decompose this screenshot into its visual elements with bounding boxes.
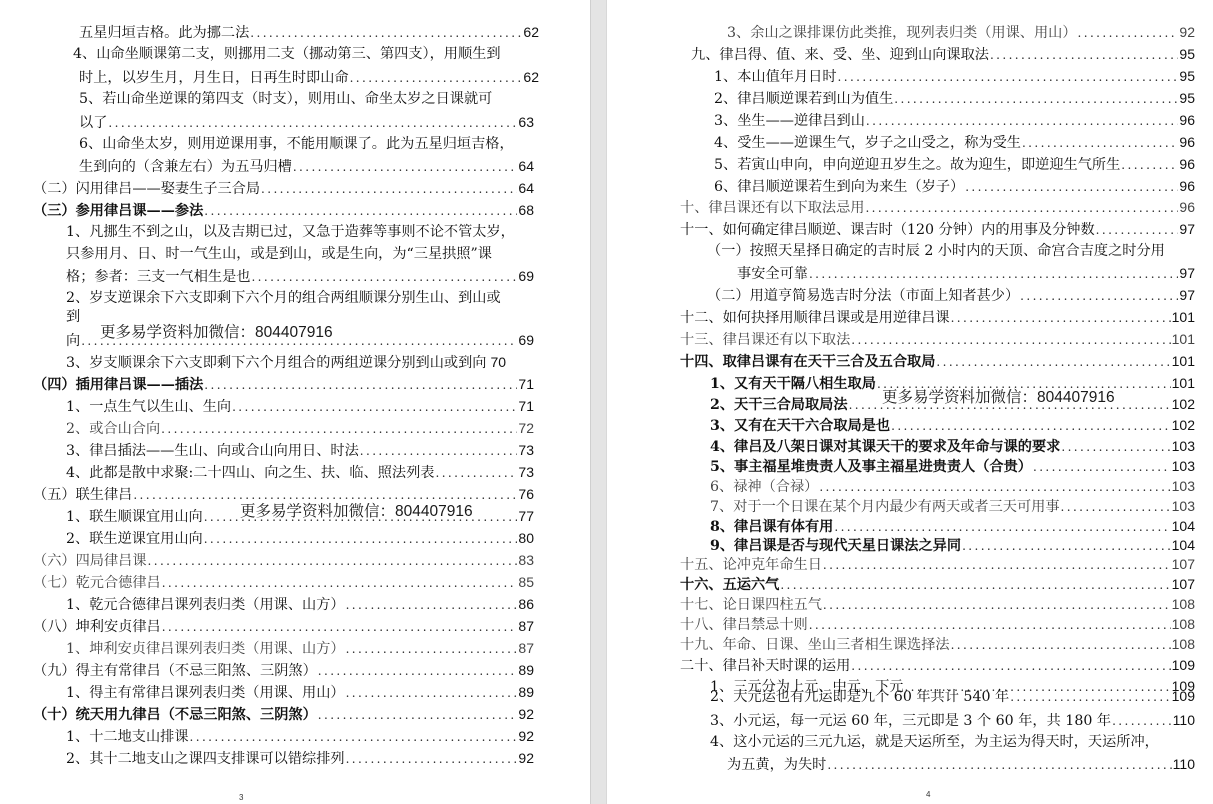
toc-entry-text: 事安全可靠 bbox=[737, 264, 808, 284]
toc-page-number: 68 bbox=[518, 200, 534, 220]
toc-entry-text: （四）插用律吕课——插法 bbox=[33, 375, 203, 395]
toc-entry-text: 十一、如何确定律吕顺逆、课吉时（120 分钟）内的用事及分钟数 bbox=[680, 220, 1095, 240]
toc-entry[interactable]: 1、一点生气以生山、生向71 bbox=[66, 396, 534, 416]
toc-entry-text: 格；参者：三支一气相生是也 bbox=[66, 267, 250, 287]
page-gutter bbox=[590, 0, 607, 804]
toc-entry[interactable]: （十）统天用九律吕（不忌三阳煞、三阴煞）92 bbox=[33, 704, 534, 724]
leader-dots bbox=[936, 352, 1170, 372]
leader-dots bbox=[951, 308, 1171, 328]
leader-dots bbox=[819, 477, 1170, 497]
toc-entry-text: 1、得主有常律吕课列表归类（用课、用山） bbox=[66, 683, 345, 703]
toc-page-number: 71 bbox=[518, 374, 534, 394]
toc-page-number: 101 bbox=[1172, 307, 1195, 327]
toc-page-number: 101 bbox=[1172, 373, 1195, 393]
toc-entry[interactable]: 5、若山命坐逆课的第四支（时支），则用山、命坐太岁之日课就可 bbox=[79, 89, 544, 109]
toc-entry[interactable]: 十八、律吕禁忌十则108 bbox=[680, 614, 1195, 634]
toc-page-number: 96 bbox=[1179, 154, 1195, 174]
toc-entry-text: 5、若寅山申向，申向逆迎丑岁生之。故为迎生，即逆迎生气所生 bbox=[714, 155, 1120, 175]
toc-entry[interactable]: 5、事主福星堆贵责人及事主福星进贵责人（合贵）103 bbox=[710, 456, 1195, 476]
toc-entry-text: 向 bbox=[66, 331, 80, 351]
toc-entry-text: 2、天干三合局取局法 bbox=[710, 395, 848, 415]
toc-entry[interactable]: 3、坐生——逆律吕到山96 bbox=[714, 110, 1195, 130]
leader-dots bbox=[232, 397, 517, 417]
toc-entry[interactable]: 1、得主有常律吕课列表归类（用课、用山）89 bbox=[66, 682, 534, 702]
toc-page-number: 96 bbox=[1179, 176, 1195, 196]
toc-entry[interactable]: 二十、律吕补天时课的运用109 bbox=[680, 655, 1195, 675]
leader-dots bbox=[827, 755, 1171, 775]
toc-page-number: 80 bbox=[518, 528, 534, 548]
toc-entry-text: 1、十二地支山排课 bbox=[66, 727, 189, 747]
toc-entry-text: 2、岁支逆课余下六支即剩下六个月的组合两组顺课分别生山、到山或 bbox=[66, 288, 501, 308]
toc-entry-text: （十）统天用九律吕（不忌三阳煞、三阴煞） bbox=[33, 705, 317, 725]
toc-page-number: 109 bbox=[1172, 655, 1195, 675]
leader-dots bbox=[251, 267, 517, 287]
toc-entry[interactable]: 2、联生逆课宜用山向80 bbox=[66, 528, 534, 548]
leader-dots bbox=[346, 683, 518, 703]
toc-entry-text: 1、凡挪生不到之山，以及吉期已过，又急于造葬等事则不论不管太岁， bbox=[66, 222, 515, 242]
toc-page-number: 108 bbox=[1172, 594, 1195, 614]
document-page-right: 3、余山之课排课仿此类推，现列表归类（用课、用山）92 九、律吕得、值、来、受、… bbox=[607, 0, 1213, 804]
leader-dots bbox=[780, 575, 1170, 595]
toc-entry-text: 3、小元运，每一元运 60 年，三元即是 3 个 60 年，共 180 年 bbox=[710, 711, 1111, 731]
leader-dots bbox=[866, 111, 1179, 131]
leader-dots bbox=[1020, 286, 1178, 306]
watermark-text: 更多易学资料加微信：804407916 bbox=[240, 499, 473, 521]
toc-page-number: 96 bbox=[1179, 110, 1195, 130]
toc-entry-text: 到 bbox=[66, 307, 80, 327]
leader-dots bbox=[360, 441, 518, 461]
leader-dots bbox=[190, 727, 518, 747]
toc-entry[interactable]: 4、此都是散中求聚:二十四山、向之生、扶、临、照法列表73 bbox=[66, 462, 534, 482]
toc-page-number: 110 bbox=[1173, 710, 1195, 730]
toc-page-number: 62 bbox=[523, 22, 539, 42]
toc-entry[interactable]: 只参用月、日、时一气生山，或是到山，或是生向，为“三星拱照”课 bbox=[66, 244, 546, 264]
toc-page-number: 70 bbox=[490, 352, 506, 372]
toc-entry[interactable]: （九）得主有常律吕（不忌三阳煞、三阴煞）89 bbox=[33, 660, 534, 680]
toc-entry[interactable]: 五星归垣吉格。此为挪二法62 bbox=[79, 22, 539, 42]
toc-entry[interactable]: 6、律吕顺逆课若生到向为来生（岁子）96 bbox=[714, 176, 1195, 196]
toc-entry[interactable]: 十、律吕课还有以下取法忌用96 bbox=[680, 197, 1195, 217]
toc-entry[interactable]: 3、小元运，每一元运 60 年，三元即是 3 个 60 年，共 180 年110 bbox=[710, 710, 1195, 730]
toc-page-number: 92 bbox=[518, 748, 534, 768]
toc-page-number: 64 bbox=[518, 156, 534, 176]
leader-dots bbox=[1061, 497, 1171, 517]
leader-dots bbox=[851, 330, 1170, 350]
leader-dots bbox=[1078, 23, 1179, 43]
toc-page-number: 77 bbox=[518, 506, 534, 526]
toc-entry-text: 十六、五运六气 bbox=[680, 575, 779, 595]
toc-entry-text: 2、大元运也有九运即是九个 60 年共计 540 年 bbox=[710, 687, 1009, 707]
leader-dots bbox=[148, 551, 518, 571]
watermark-text: 更多易学资料加微信：804407916 bbox=[100, 320, 333, 342]
toc-entry[interactable]: 6、禄神（合禄）103 bbox=[710, 476, 1195, 496]
leader-dots bbox=[162, 573, 518, 593]
toc-page-number: 109 bbox=[1172, 686, 1195, 706]
toc-entry[interactable]: 事安全可靠97 bbox=[737, 263, 1195, 283]
toc-entry-text: 十七、论日课四柱五气 bbox=[680, 595, 822, 615]
leader-dots bbox=[346, 749, 518, 769]
toc-page-number: 103 bbox=[1172, 496, 1195, 516]
leader-dots bbox=[261, 179, 517, 199]
leader-dots bbox=[1022, 133, 1178, 153]
toc-page-number: 85 bbox=[518, 572, 534, 592]
leader-dots bbox=[1010, 687, 1170, 707]
toc-page-number: 97 bbox=[1179, 263, 1195, 283]
toc-entry-text: 2、其十二地支山之课四支排课可以错综排列 bbox=[66, 749, 345, 769]
toc-page-number: 69 bbox=[518, 330, 534, 350]
leader-dots bbox=[1096, 220, 1179, 240]
toc-page-number: 72 bbox=[518, 418, 534, 438]
toc-entry-text: 6、律吕顺逆课若生到向为来生（岁子） bbox=[714, 177, 964, 197]
toc-page-number: 102 bbox=[1172, 415, 1195, 435]
leader-dots bbox=[962, 536, 1171, 556]
toc-entry-text: 1、坤利安贞律吕课列表归类（用课、山方） bbox=[66, 639, 345, 659]
leader-dots bbox=[250, 23, 522, 43]
leader-dots bbox=[1112, 711, 1172, 731]
toc-entry-text: 4、山命坐顺课第二支，则挪用二支（挪动第三、第四支），用顺生到 bbox=[73, 44, 501, 64]
toc-page-number: 73 bbox=[518, 440, 534, 460]
watermark-text: 更多易学资料加微信：804407916 bbox=[882, 385, 1115, 407]
page-number: 3 bbox=[239, 793, 243, 802]
toc-entry-text: 以了 bbox=[79, 113, 107, 133]
toc-entry-text: 3、余山之课排课仿此类推，现列表归类（用课、用山） bbox=[727, 23, 1077, 43]
toc-entry[interactable]: 1、十二地支山排课92 bbox=[66, 726, 534, 746]
toc-entry-text: 二十、律吕补天时课的运用 bbox=[680, 656, 850, 676]
toc-page-number: 97 bbox=[1179, 285, 1195, 305]
toc-entry-text: （五）联生律吕 bbox=[33, 485, 132, 505]
leader-dots bbox=[108, 113, 517, 133]
toc-entry[interactable]: 7、对于一个日课在某个月内最少有两天或者三天可用事103 bbox=[710, 496, 1195, 516]
leader-dots bbox=[293, 157, 518, 177]
toc-entry[interactable]: 4、受生——逆课生气，岁子之山受之，称为受生96 bbox=[714, 132, 1195, 152]
toc-page-number: 103 bbox=[1172, 436, 1195, 456]
leader-dots bbox=[823, 555, 1171, 575]
toc-entry[interactable]: （六）四局律吕课83 bbox=[33, 550, 534, 570]
toc-entry-text: 时上，以岁生月，月生日，日再生时即山命 bbox=[79, 68, 349, 88]
toc-entry[interactable]: 3、岁支顺课余下六支即剩下六个月组合的两组逆课分别到山或到向70 bbox=[66, 352, 546, 372]
toc-entry-text: 6、禄神（合禄） bbox=[710, 477, 818, 497]
leader-dots bbox=[809, 615, 1171, 635]
toc-entry-text: 5、事主福星堆贵责人及事主福星进贵责人（合贵） bbox=[710, 457, 1032, 477]
toc-page-number: 64 bbox=[518, 178, 534, 198]
toc-entry[interactable]: 3、律吕插法——生山、向或合山向用日、时法73 bbox=[66, 440, 534, 460]
toc-page-number: 110 bbox=[1173, 754, 1195, 774]
toc-entry-text: 4、此都是散中求聚:二十四山、向之生、扶、临、照法列表 bbox=[66, 463, 435, 483]
toc-entry-text: 3、又有在天干六合取局是也 bbox=[710, 416, 890, 436]
toc-entry-text: 2、律吕顺逆课若到山为值生 bbox=[714, 89, 893, 109]
toc-entry[interactable]: 十五、论冲克年命生日107 bbox=[680, 554, 1195, 574]
toc-page-number: 87 bbox=[518, 638, 534, 658]
toc-entry-text: 1、一点生气以生山、生向 bbox=[66, 397, 231, 417]
toc-entry-text: 1、又有天干隔八相生取局 bbox=[710, 374, 876, 394]
toc-entry[interactable]: 十三、律吕课还有以下取法101 bbox=[680, 329, 1195, 349]
toc-entry-text: 1、乾元合德律吕课列表归类（用课、山方） bbox=[66, 595, 345, 615]
toc-page-number: 83 bbox=[518, 550, 534, 570]
toc-page-number: 96 bbox=[1179, 132, 1195, 152]
leader-dots bbox=[951, 635, 1171, 655]
toc-entry-text: 十五、论冲克年命生日 bbox=[680, 555, 822, 575]
toc-entry[interactable]: 1、凡挪生不到之山，以及吉期已过，又急于造葬等事则不论不管太岁， bbox=[66, 222, 546, 242]
toc-entry[interactable]: 8、律吕课有体有用104 bbox=[710, 516, 1195, 536]
toc-page-number: 101 bbox=[1172, 351, 1195, 371]
toc-page-number: 107 bbox=[1172, 554, 1195, 574]
toc-entry[interactable]: （一）按照天星择日确定的吉时辰 2 小时内的天顶、命宫合吉度之时分用 bbox=[707, 241, 1197, 261]
toc-page-number: 108 bbox=[1172, 614, 1195, 634]
toc-entry[interactable]: 为五黄，为失时110 bbox=[727, 754, 1195, 774]
toc-page-number: 63 bbox=[518, 112, 534, 132]
toc-entry[interactable]: 2、岁支逆课余下六支即剩下六个月的组合两组顺课分别生山、到山或 bbox=[66, 288, 546, 308]
toc-entry[interactable]: （二）闪用律吕——娶妻生子三合局64 bbox=[33, 178, 534, 198]
leader-dots bbox=[834, 517, 1170, 537]
leader-dots bbox=[204, 375, 517, 395]
toc-entry[interactable]: （四）插用律吕课——插法71 bbox=[33, 374, 534, 394]
toc-page-number: 86 bbox=[518, 594, 534, 614]
toc-page-number: 108 bbox=[1172, 634, 1195, 654]
toc-page-number: 103 bbox=[1172, 456, 1195, 476]
toc-entry-text: 2、联生逆课宜用山向 bbox=[66, 529, 203, 549]
leader-dots bbox=[990, 45, 1178, 65]
toc-entry[interactable]: 九、律吕得、值、来、受、坐、迎到山向课取法95 bbox=[691, 44, 1195, 64]
toc-page-number: 102 bbox=[1172, 394, 1195, 414]
page-number: 4 bbox=[926, 790, 930, 799]
toc-entry[interactable]: （二）用道亨简易选吉时分法（市面上知者甚少）97 bbox=[707, 285, 1195, 305]
leader-dots bbox=[838, 67, 1179, 87]
toc-entry[interactable]: 十九、年命、日课、坐山三者相生课选择法108 bbox=[680, 634, 1195, 654]
toc-entry-text: 4、受生——逆课生气，岁子之山受之，称为受生 bbox=[714, 133, 1021, 153]
toc-entry-text: 8、律吕课有体有用 bbox=[710, 517, 833, 537]
leader-dots bbox=[965, 177, 1178, 197]
toc-entry[interactable]: 3、又有在天干六合取局是也102 bbox=[710, 415, 1195, 435]
toc-entry[interactable]: 时上，以岁生月，月生日，日再生时即山命62 bbox=[79, 67, 539, 87]
leader-dots bbox=[891, 416, 1171, 436]
toc-entry-text: 十八、律吕禁忌十则 bbox=[680, 615, 808, 635]
toc-entry-text: 2、或合山合向 bbox=[66, 419, 160, 439]
toc-page-number: 89 bbox=[518, 682, 534, 702]
toc-entry-text: 1、本山值年月日时 bbox=[714, 67, 837, 87]
toc-page-number: 95 bbox=[1179, 66, 1195, 86]
toc-entry-text: 3、坐生——逆律吕到山 bbox=[714, 111, 865, 131]
toc-entry[interactable]: 十七、论日课四柱五气108 bbox=[680, 594, 1195, 614]
toc-entry-text: （六）四局律吕课 bbox=[33, 551, 147, 571]
toc-entry-text: 十二、如何抉择用顺律吕课或是用逆律吕课 bbox=[680, 308, 950, 328]
leader-dots bbox=[350, 68, 523, 88]
leader-dots bbox=[436, 463, 518, 483]
leader-dots bbox=[346, 639, 518, 659]
toc-entry-text: 4、这小元运的三元九运，就是天运所至，为主运为得天时，天运所冲， bbox=[710, 732, 1159, 752]
toc-entry[interactable]: 4、这小元运的三元九运，就是天运所至，为主运为得天时，天运所冲， bbox=[710, 732, 1200, 752]
toc-entry-text: 十九、年命、日课、坐山三者相生课选择法 bbox=[680, 635, 950, 655]
toc-entry[interactable]: 十一、如何确定律吕顺逆、课吉时（120 分钟）内的用事及分钟数97 bbox=[680, 219, 1195, 239]
leader-dots bbox=[162, 617, 518, 637]
leader-dots bbox=[161, 419, 517, 439]
toc-entry-text: （九）得主有常律吕（不忌三阳煞、三阴煞） bbox=[33, 661, 317, 681]
toc-entry[interactable]: 4、山命坐顺课第二支，则挪用二支（挪动第三、第四支），用顺生到 bbox=[73, 44, 543, 64]
toc-entry[interactable]: 十四、取律吕课有在天干三合及五合取局101 bbox=[680, 351, 1195, 371]
toc-entry-text: 五星归垣吉格。此为挪二法 bbox=[79, 23, 249, 43]
toc-entry-text: 十三、律吕课还有以下取法 bbox=[680, 330, 850, 350]
toc-entry[interactable]: 十六、五运六气107 bbox=[680, 574, 1195, 594]
document-page-left: 五星归垣吉格。此为挪二法62 4、山命坐顺课第二支，则挪用二支（挪动第三、第四支… bbox=[0, 0, 590, 804]
toc-entry-text: 十四、取律吕课有在天干三合及五合取局 bbox=[680, 352, 935, 372]
toc-page-number: 95 bbox=[1179, 88, 1195, 108]
toc-entry[interactable]: （七）乾元合德律吕85 bbox=[33, 572, 534, 592]
toc-entry[interactable]: 格；参者：三支一气相生是也69 bbox=[66, 266, 534, 286]
toc-entry-text: 5、若山命坐逆课的第四支（时支），则用山、命坐太岁之日课就可 bbox=[79, 89, 492, 109]
toc-entry[interactable]: 2、律吕顺逆课若到山为值生95 bbox=[714, 88, 1195, 108]
toc-entry-text: 只参用月、日、时一气生山，或是到山，或是生向，为“三星拱照”课 bbox=[66, 244, 492, 264]
toc-entry-text: （八）坤利安贞律吕 bbox=[33, 617, 161, 637]
toc-entry[interactable]: 1、本山值年月日时95 bbox=[714, 66, 1195, 86]
toc-entry[interactable]: 2、或合山合向72 bbox=[66, 418, 534, 438]
leader-dots bbox=[823, 595, 1171, 615]
leader-dots bbox=[809, 264, 1178, 284]
toc-entry[interactable]: 十二、如何抉择用顺律吕课或是用逆律吕课101 bbox=[680, 307, 1195, 327]
toc-page-number: 71 bbox=[518, 396, 534, 416]
leader-dots bbox=[1033, 457, 1171, 477]
toc-page-number: 97 bbox=[1179, 219, 1195, 239]
toc-entry-text: 7、对于一个日课在某个月内最少有两天或者三天可用事 bbox=[710, 497, 1060, 517]
toc-page-number: 62 bbox=[523, 67, 539, 87]
leader-dots bbox=[851, 656, 1170, 676]
toc-entry-text: 九、律吕得、值、来、受、坐、迎到山向课取法 bbox=[691, 45, 989, 65]
toc-entry[interactable]: 生到向的（含兼左右）为五马归槽64 bbox=[79, 156, 534, 176]
leader-dots bbox=[204, 201, 517, 221]
toc-entry-text: （二）用道亨简易选吉时分法（市面上知者甚少） bbox=[707, 286, 1019, 306]
toc-page-number: 96 bbox=[1179, 197, 1195, 217]
toc-page-number: 89 bbox=[518, 660, 534, 680]
toc-entry[interactable]: 2、大元运也有九运即是九个 60 年共计 540 年109 bbox=[710, 686, 1195, 706]
leader-dots bbox=[346, 595, 518, 615]
toc-entry[interactable]: 以了63 bbox=[79, 112, 534, 132]
toc-page-number: 101 bbox=[1172, 329, 1195, 349]
toc-page-number: 92 bbox=[518, 704, 534, 724]
toc-entry[interactable]: 9、律吕课是否与现代天星日课法之异同104 bbox=[710, 535, 1195, 555]
toc-entry-text: （三）参用律吕课——参法 bbox=[33, 201, 203, 221]
toc-entry-text: 生到向的（含兼左右）为五马归槽 bbox=[79, 157, 292, 177]
leader-dots bbox=[318, 705, 518, 725]
toc-entry[interactable]: 6、山命坐太岁，则用逆课用事，不能用顺课了。此为五星归垣吉格， bbox=[79, 134, 544, 154]
toc-page-number: 76 bbox=[518, 484, 534, 504]
toc-page-number: 104 bbox=[1172, 535, 1195, 555]
leader-dots bbox=[204, 529, 518, 549]
leader-dots bbox=[318, 661, 518, 681]
toc-entry[interactable]: （三）参用律吕课——参法68 bbox=[33, 200, 534, 220]
toc-entry-text: 3、律吕插法——生山、向或合山向用日、时法 bbox=[66, 441, 359, 461]
toc-page-number: 95 bbox=[1179, 44, 1195, 64]
toc-entry[interactable]: （八）坤利安贞律吕87 bbox=[33, 616, 534, 636]
toc-entry[interactable]: 5、若寅山申向，申向逆迎丑岁生之。故为迎生，即逆迎生气所生96 bbox=[714, 154, 1195, 174]
toc-entry-text: （七）乾元合德律吕 bbox=[33, 573, 161, 593]
toc-entry-text: 为五黄，为失时 bbox=[727, 755, 826, 775]
leader-dots bbox=[1121, 155, 1178, 175]
toc-page-number: 92 bbox=[518, 726, 534, 746]
toc-page-number: 69 bbox=[518, 266, 534, 286]
toc-entry[interactable]: 1、乾元合德律吕课列表归类（用课、山方）86 bbox=[66, 594, 534, 614]
toc-page-number: 107 bbox=[1172, 574, 1195, 594]
toc-page-number: 87 bbox=[518, 616, 534, 636]
toc-entry-text: 3、岁支顺课余下六支即剩下六个月组合的两组逆课分别到山或到向 bbox=[66, 353, 486, 373]
toc-entry-text: 十、律吕课还有以下取法忌用 bbox=[680, 198, 864, 218]
toc-entry-text: 6、山命坐太岁，则用逆课用事，不能用顺课了。此为五星归垣吉格， bbox=[79, 134, 514, 154]
toc-entry-text: 4、律吕及八架日课对其课天干的要求及年命与课的要求 bbox=[710, 437, 1060, 457]
toc-entry[interactable]: 2、其十二地支山之课四支排课可以错综排列92 bbox=[66, 748, 534, 768]
leader-dots bbox=[865, 198, 1178, 218]
toc-entry-text: （一）按照天星择日确定的吉时辰 2 小时内的天顶、命宫合吉度之时分用 bbox=[707, 241, 1165, 261]
toc-page-number: 73 bbox=[518, 462, 534, 482]
toc-entry-text: （二）闪用律吕——娶妻生子三合局 bbox=[33, 179, 260, 199]
toc-entry-text: 1、联生顺课宜用山向 bbox=[66, 507, 203, 527]
toc-entry[interactable]: 3、余山之课排课仿此类推，现列表归类（用课、用山）92 bbox=[727, 22, 1195, 42]
toc-page-number: 103 bbox=[1172, 476, 1195, 496]
leader-dots bbox=[894, 89, 1178, 109]
toc-entry[interactable]: 1、坤利安贞律吕课列表归类（用课、山方）87 bbox=[66, 638, 534, 658]
toc-entry-text: 9、律吕课是否与现代天星日课法之异同 bbox=[710, 536, 961, 556]
toc-entry[interactable]: 4、律吕及八架日课对其课天干的要求及年命与课的要求103 bbox=[710, 436, 1195, 456]
leader-dots bbox=[1061, 437, 1170, 457]
toc-page-number: 92 bbox=[1179, 22, 1195, 42]
toc-page-number: 104 bbox=[1172, 516, 1195, 536]
